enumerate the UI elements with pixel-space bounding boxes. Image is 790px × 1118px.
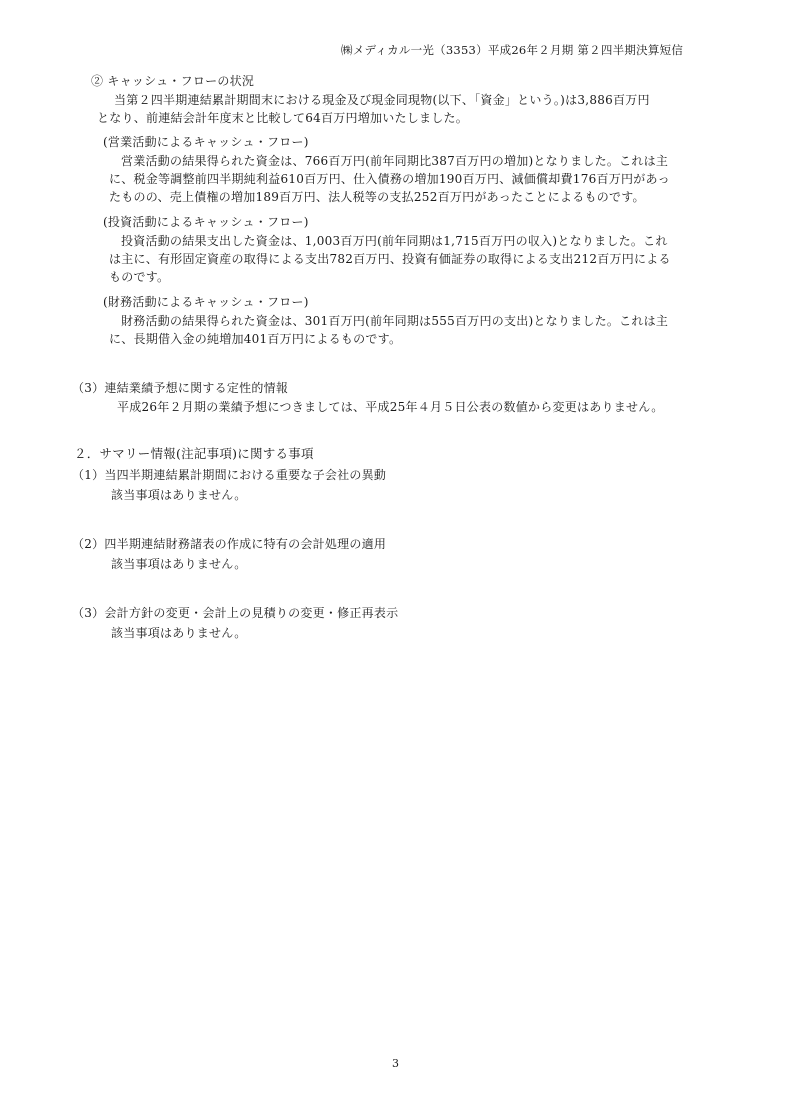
summary-item-3-body: 該当事項はありません。 [111, 625, 246, 641]
page-number: 3 [392, 1056, 399, 1072]
investing-cf-line-1: 投資活動の結果支出した資金は、1,003百万円(前年同期は1,715百万円の収入… [121, 233, 668, 249]
investing-cf-line-2: は主に、有形固定資産の取得による支出782百万円、投資有価証券の取得による支出2… [109, 251, 671, 267]
summary-item-3-heading: （3）会計方針の変更・会計上の見積りの変更・修正再表示 [72, 605, 398, 621]
forecast-heading: （3）連結業績予想に関する定性的情報 [72, 380, 288, 396]
financing-cf-line-1: 財務活動の結果得られた資金は、301百万円(前年同期は555百万円の支出)となり… [121, 313, 668, 329]
summary-item-2-body: 該当事項はありません。 [111, 556, 246, 572]
summary-heading: ２．サマリー情報(注記事項)に関する事項 [74, 446, 314, 462]
summary-item-1-body: 該当事項はありません。 [111, 487, 246, 503]
forecast-body: 平成26年２月期の業績予想につきましては、平成25年４月５日公表の数値から変更は… [117, 399, 664, 415]
summary-item-2-heading: （2）四半期連結財務諸表の作成に特有の会計処理の適用 [72, 536, 386, 552]
operating-cf-heading: (営業活動によるキャッシュ・フロー) [103, 134, 309, 150]
operating-cf-line-1: 営業活動の結果得られた資金は、766百万円(前年同期比387百万円の増加)となり… [121, 153, 668, 169]
cash-flow-intro-line-1: 当第２四半期連結累計期間末における現金及び現金同現物(以下、「資金」という。)は… [114, 92, 650, 108]
operating-cf-line-2: に、税金等調整前四半期純利益610百万円、仕入債務の増加190百万円、減価償却費… [109, 171, 670, 187]
financing-cf-heading: (財務活動によるキャッシュ・フロー) [103, 294, 309, 310]
running-header: ㈱メディカル一光（3353）平成26年２月期 第２四半期決算短信 [341, 42, 683, 58]
operating-cf-line-3: たものの、売上債権の増加189百万円、法人税等の支払252百万円があったことによ… [109, 189, 645, 205]
financing-cf-line-2: に、長期借入金の純増加401百万円によるものです。 [109, 331, 401, 347]
investing-cf-heading: (投資活動によるキャッシュ・フロー) [103, 214, 309, 230]
summary-item-1-heading: （1）当四半期連結累計期間における重要な子会社の異動 [72, 467, 386, 483]
cash-flow-heading: ② キャッシュ・フローの状況 [91, 73, 254, 89]
investing-cf-line-3: ものです。 [109, 269, 169, 285]
cash-flow-intro-line-2: となり、前連結会計年度末と比較して64百万円増加いたしました。 [97, 110, 468, 126]
